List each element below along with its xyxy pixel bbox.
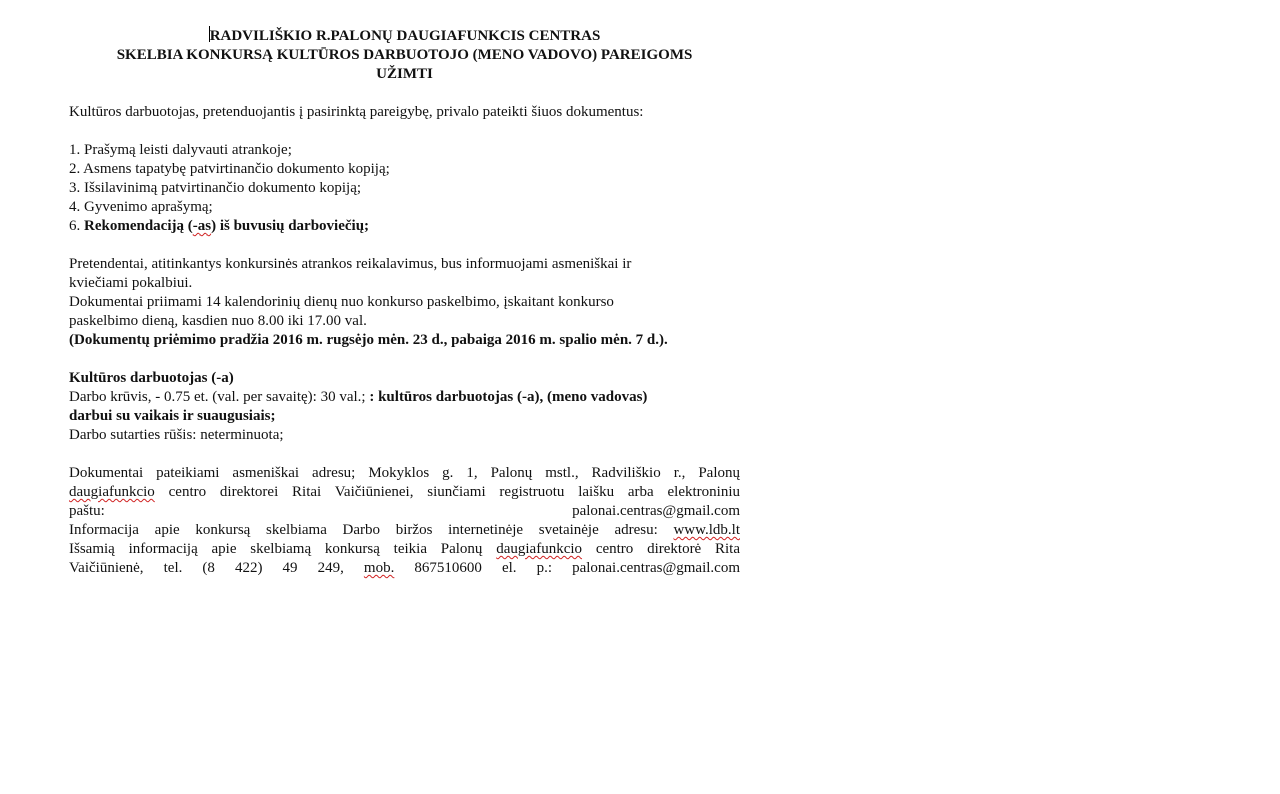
website-link[interactable]: www.ldb.lt: [673, 522, 740, 538]
document-title: RADVILIŠKIO R.PALONŲ DAUGIAFUNKCIS CENTR…: [69, 26, 740, 84]
intro-paragraph: Kultūros darbuotojas, pretenduojantis į …: [69, 103, 740, 122]
submission-section: Dokumentai pateikiami asmeniškai adresu;…: [69, 464, 740, 578]
document-item: 1. Prašymą leisti dalyvauti atrankoje;: [69, 141, 740, 160]
position-heading: Kultūros darbuotojas (-a): [69, 369, 740, 388]
title-line-2: SKELBIA KONKURSĄ KULTŪROS DARBUOTOJO (ME…: [69, 46, 740, 65]
title-line-1: RADVILIŠKIO R.PALONŲ DAUGIAFUNKCIS CENTR…: [69, 26, 740, 46]
documents-list: 1. Prašymą leisti dalyvauti atrankoje; 2…: [69, 141, 740, 236]
document-item: 6. Rekomendaciją (-as) iš buvusių darbov…: [69, 217, 740, 236]
spellcheck-squiggle: -as: [193, 218, 211, 234]
document-item: 2. Asmens tapatybę patvirtinančio dokume…: [69, 160, 740, 179]
info-section: Pretendentai, atitinkantys konkursinės a…: [69, 255, 740, 350]
deadline-note: (Dokumentų priėmimo pradžia 2016 m. rugs…: [69, 331, 740, 350]
title-line-3: UŽIMTI: [69, 65, 740, 84]
document-item: 4. Gyvenimo aprašymą;: [69, 198, 740, 217]
position-section: Kultūros darbuotojas (-a) Darbo krūvis, …: [69, 369, 740, 445]
document-page: RADVILIŠKIO R.PALONŲ DAUGIAFUNKCIS CENTR…: [69, 26, 740, 578]
document-item: 3. Išsilavinimą patvirtinančio dokumento…: [69, 179, 740, 198]
email-link[interactable]: palonai.centras@gmail.com: [572, 502, 740, 521]
